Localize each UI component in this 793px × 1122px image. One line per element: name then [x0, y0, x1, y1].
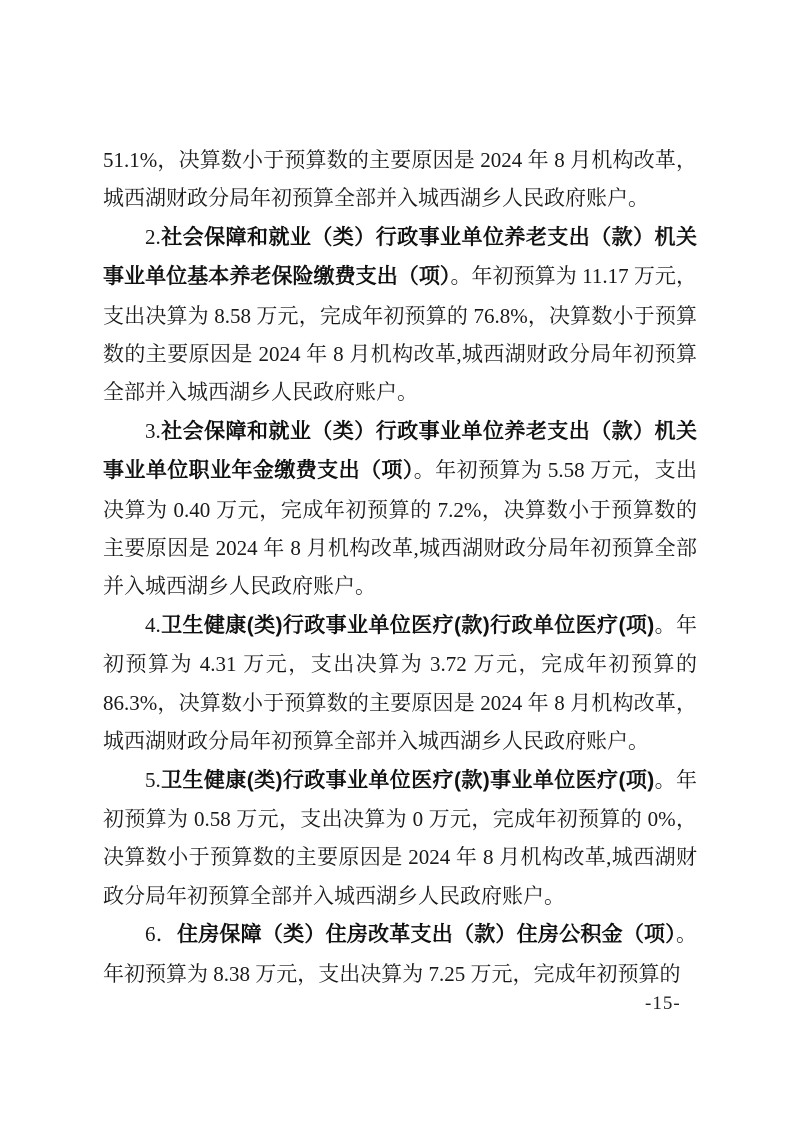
paragraph: 3.社会保障和就业（类）行政事业单位养老支出（款）机关事业单位职业年金缴费支出（… [103, 412, 697, 606]
paragraph-body: 51.1%，决算数小于预算数的主要原因是 2024 年 8 月机构改革，城西湖财… [103, 148, 697, 210]
document-body-text: 51.1%，决算数小于预算数的主要原因是 2024 年 8 月机构改革，城西湖财… [103, 141, 697, 993]
paragraph-number: 4. [145, 613, 161, 637]
paragraph-number: 6． [145, 922, 177, 946]
paragraph: 6．住房保障（类）住房改革支出（款）住房公积金（项）。年初预算为 8.38 万元… [103, 915, 697, 993]
paragraph-number: 2. [145, 225, 161, 249]
document-page: 51.1%，决算数小于预算数的主要原因是 2024 年 8 月机构改革，城西湖财… [0, 0, 793, 1122]
paragraph: 5.卫生健康(类)行政事业单位医疗(款)事业单位医疗(项)。年初预算为 0.58… [103, 761, 697, 916]
page-number: -15- [645, 993, 705, 1015]
paragraph: 4.卫生健康(类)行政事业单位医疗(款)行政单位医疗(项)。年初预算为 4.31… [103, 606, 697, 761]
paragraph-title: 卫生健康(类)行政事业单位医疗(款)事业单位医疗(项) [161, 769, 654, 792]
paragraph-title: 卫生健康(类)行政事业单位医疗(款)行政单位医疗(项) [161, 614, 654, 637]
paragraph-number: 5. [145, 768, 161, 792]
paragraph-title: 住房保障（类）住房改革支出（款）住房公积金（项） [177, 923, 676, 946]
paragraph-number: 3. [145, 419, 161, 443]
paragraph: 2.社会保障和就业（类）行政事业单位养老支出（款）机关事业单位基本养老保险缴费支… [103, 218, 697, 412]
paragraph: 51.1%，决算数小于预算数的主要原因是 2024 年 8 月机构改革，城西湖财… [103, 141, 697, 218]
